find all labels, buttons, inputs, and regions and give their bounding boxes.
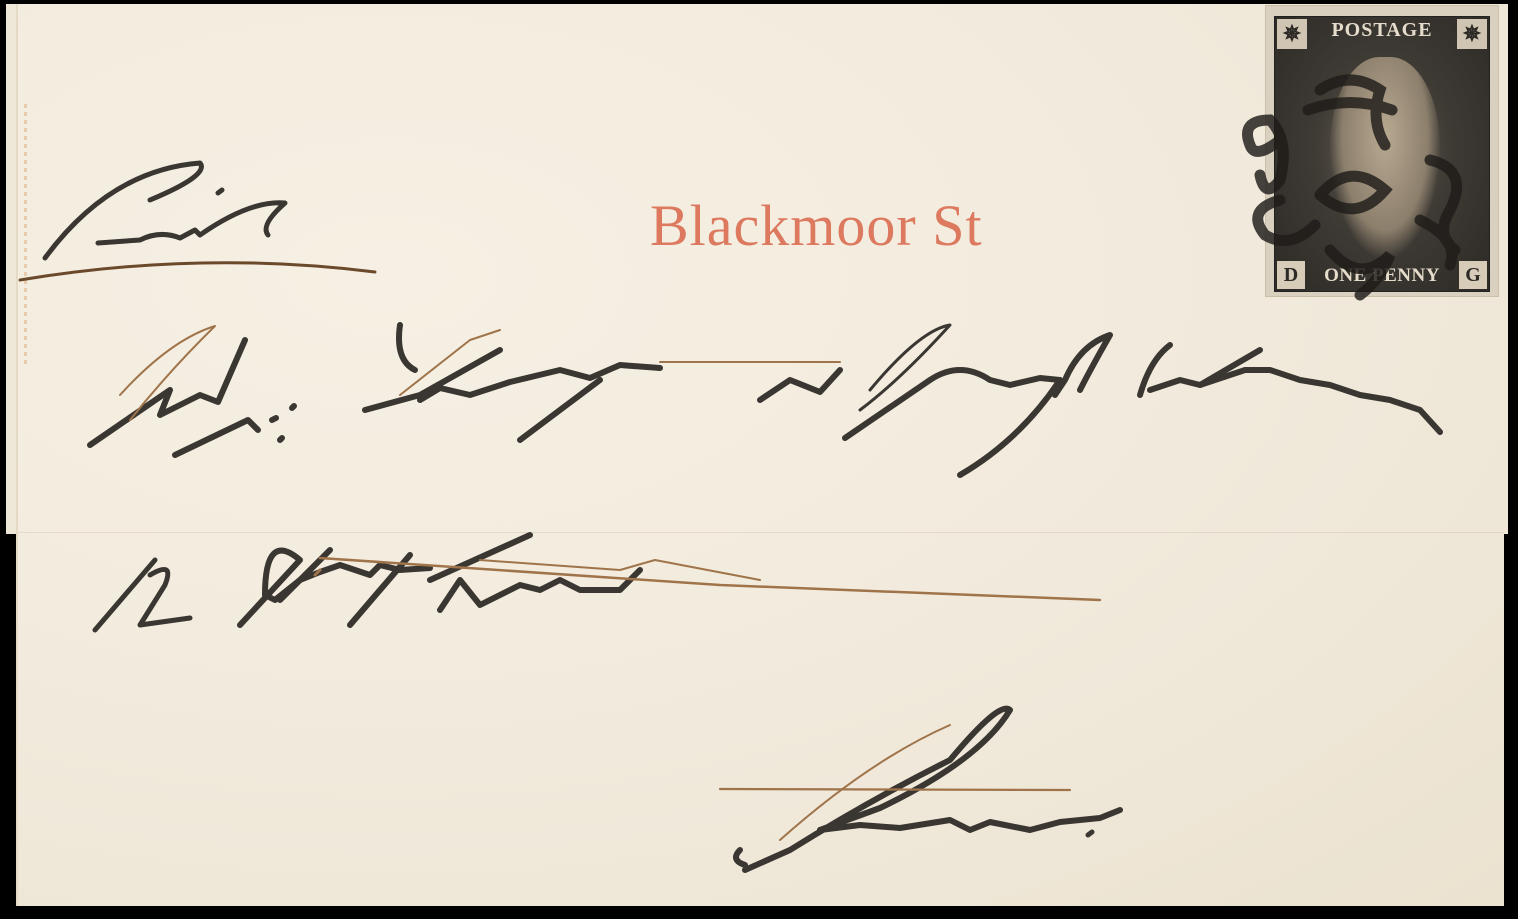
manuscript-address: [0, 0, 1518, 919]
paid-endorsement: [45, 163, 285, 258]
